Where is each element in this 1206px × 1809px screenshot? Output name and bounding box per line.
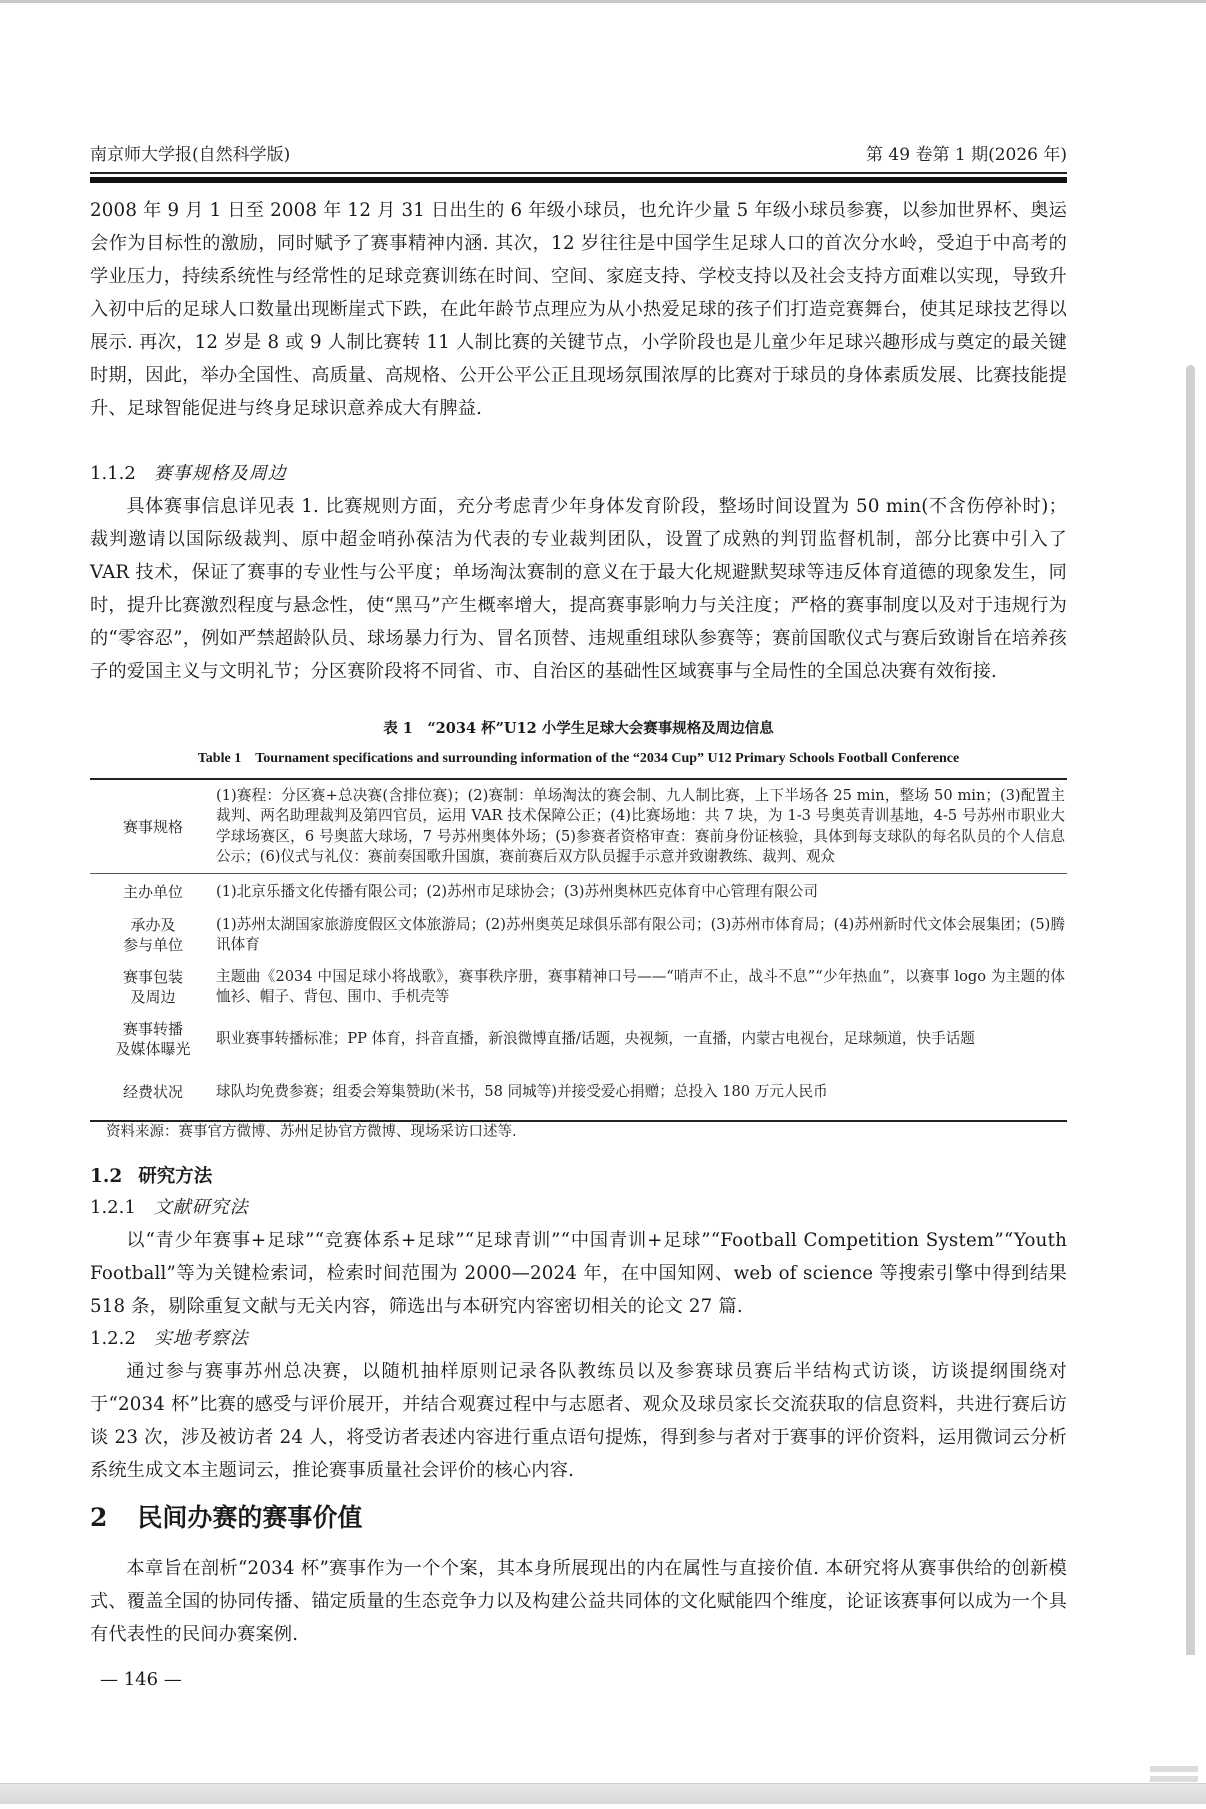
- paragraph-field-method: 通过参与赛事苏州总决赛，以随机抽样原则记录各队教练员以及参赛球员赛后半结构式访谈…: [90, 1355, 1067, 1487]
- heading-number: 1.1.2: [90, 463, 136, 484]
- heading-1-2: 1.2研究方法: [90, 1162, 212, 1192]
- table-title-cn: 表 1 “2034 杯”U12 小学生足球大会赛事规格及周边信息: [90, 718, 1067, 740]
- row-content: 职业赛事转播标准；PP 体育，抖音直播，新浪微博直播/话题，央视频，一直播，内蒙…: [216, 1029, 1067, 1050]
- row-content: (1)苏州太湖国家旅游度假区文体旅游局；(2)苏州奥英足球俱乐部有限公司；(3)…: [216, 915, 1067, 956]
- heading-chapter-2: 2民间办赛的赛事价值: [90, 1500, 362, 1536]
- header-rule-thin: [90, 172, 1067, 174]
- row-content: (1)赛程：分区赛+总决赛(含排位赛)；(2)赛制：单场淘汰的赛会制、九人制比赛…: [216, 786, 1067, 868]
- heading-number: 2: [90, 1503, 107, 1532]
- row-label: 主办单位: [90, 882, 216, 902]
- heading-number: 1.2.2: [90, 1328, 136, 1349]
- row-label: 赛事转播: [90, 1019, 216, 1039]
- row-label: 赛事规格: [90, 817, 216, 837]
- running-head: 南京师大学报(自然科学版) 第 49 卷第 1 期(2026 年): [90, 142, 1067, 168]
- heading-text: 民间办赛的赛事价值: [137, 1503, 362, 1532]
- row-label: 承办及: [90, 915, 216, 935]
- table-source-note: 资料来源：赛事官方微博、苏州足协官方微博、现场采访口述等.: [90, 1122, 517, 1142]
- table-row: 赛事包装 及周边 主题曲《2034 中国足球小将战歌》，赛事秩序册，赛事精神口号…: [90, 960, 1067, 1014]
- row-label: 赛事包装: [90, 967, 216, 987]
- row-label: 经费状况: [90, 1082, 216, 1102]
- table-row: 赛事转播 及媒体曝光 职业赛事转播标准；PP 体育，抖音直播，新浪微博直播/话题…: [90, 1014, 1067, 1064]
- paragraph-rules: 具体赛事信息详见表 1. 比赛规则方面，充分考虑青少年身体发育阶段，整场时间设置…: [90, 490, 1067, 688]
- heading-1-1-2: 1.1.2赛事规格及周边: [90, 459, 287, 489]
- row-content: 主题曲《2034 中国足球小将战歌》，赛事秩序册，赛事精神口号——“哨声不止，战…: [216, 967, 1067, 1008]
- heading-text: 文献研究法: [154, 1197, 249, 1218]
- vertical-scrollbar[interactable]: [1186, 365, 1196, 1655]
- page-number: — 146 —: [100, 1668, 182, 1692]
- heading-1-2-2: 1.2.2实地考察法: [90, 1324, 249, 1354]
- paragraph-text: 通过参与赛事苏州总决赛，以随机抽样原则记录各队教练员以及参赛球员赛后半结构式访谈…: [90, 1355, 1067, 1487]
- heading-number: 1.2.1: [90, 1197, 136, 1218]
- heading-text: 研究方法: [138, 1166, 212, 1187]
- paragraph-text: 具体赛事信息详见表 1. 比赛规则方面，充分考虑青少年身体发育阶段，整场时间设置…: [90, 490, 1067, 688]
- heading-number: 1.2: [90, 1166, 122, 1187]
- table-row: 承办及 参与单位 (1)苏州太湖国家旅游度假区文体旅游局；(2)苏州奥英足球俱乐…: [90, 910, 1067, 960]
- issue-info: 第 49 卷第 1 期(2026 年): [866, 142, 1067, 168]
- paragraph-text: 本章旨在剖析“2034 杯”赛事作为一个个案，其本身所展现出的内在属性与直接价值…: [90, 1552, 1067, 1651]
- heading-1-2-1: 1.2.1文献研究法: [90, 1193, 249, 1223]
- row-content: 球队均免费参赛；组委会筹集赞助(米书，58 同城等)并接受爱心捐赠；总投入 18…: [216, 1082, 1067, 1103]
- paragraph-literature-method: 以“青少年赛事+足球”“竞赛体系+足球”“足球青训”“中国青训+足球”“Foot…: [90, 1224, 1067, 1323]
- paragraph-text: 2008 年 9 月 1 日至 2008 年 12 月 31 日出生的 6 年级…: [90, 194, 1067, 425]
- scrollbar-thumb[interactable]: [1186, 365, 1195, 1655]
- paragraph-text: 以“青少年赛事+足球”“竞赛体系+足球”“足球青训”“中国青训+足球”“Foot…: [90, 1224, 1067, 1323]
- row-label: 及媒体曝光: [90, 1039, 216, 1059]
- header-rule-thick: [90, 177, 1067, 183]
- paragraph-age-rationale: 2008 年 9 月 1 日至 2008 年 12 月 31 日出生的 6 年级…: [90, 194, 1067, 425]
- heading-text: 实地考察法: [154, 1328, 249, 1349]
- row-content: (1)北京乐播文化传播有限公司；(2)苏州市足球协会；(3)苏州奥林匹克体育中心…: [216, 882, 1067, 903]
- heading-text: 赛事规格及周边: [154, 463, 287, 484]
- journal-name: 南京师大学报(自然科学版): [90, 142, 290, 168]
- row-label: 参与单位: [90, 935, 216, 955]
- paragraph-chapter-intro: 本章旨在剖析“2034 杯”赛事作为一个个案，其本身所展现出的内在属性与直接价值…: [90, 1552, 1067, 1651]
- table-row: 经费状况 球队均免费参赛；组委会筹集赞助(米书，58 同城等)并接受爱心捐赠；总…: [90, 1064, 1067, 1120]
- table-row: 主办单位 (1)北京乐播文化传播有限公司；(2)苏州市足球协会；(3)苏州奥林匹…: [90, 874, 1067, 910]
- table-title-en: Table 1 Tournament specifications and su…: [90, 748, 1067, 770]
- bottom-toolbar-edge: [0, 1783, 1206, 1804]
- table-tournament-specs: 赛事规格 (1)赛程：分区赛+总决赛(含排位赛)；(2)赛制：单场淘汰的赛会制、…: [90, 778, 1067, 1122]
- window-top-edge: [0, 0, 1206, 3]
- row-label: 及周边: [90, 987, 216, 1007]
- table-row: 赛事规格 (1)赛程：分区赛+总决赛(含排位赛)；(2)赛制：单场淘汰的赛会制、…: [90, 780, 1067, 873]
